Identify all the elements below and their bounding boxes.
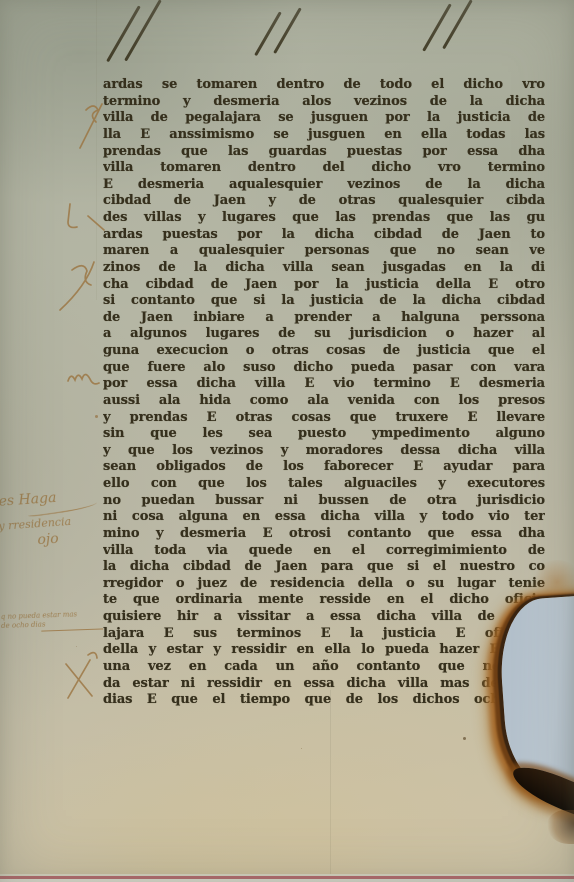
margin-note-residencia: es Haga y rresidencia ojo bbox=[0, 486, 112, 551]
burn-damage bbox=[495, 582, 574, 850]
manuscript-line: de Jaen inbiare a prender a halguna pers… bbox=[103, 310, 545, 327]
squiggle-mark bbox=[64, 364, 104, 392]
manuscript-line: mino y desmeria E otrosi contanto que es… bbox=[103, 526, 545, 543]
ink-specks bbox=[95, 415, 98, 418]
manuscript-line: zinos de la dicha villa sean jusgadas en… bbox=[103, 260, 545, 277]
manuscript-line: E desmeria aqualesquier vezinos de la di… bbox=[103, 177, 545, 194]
manuscript-line: aussi ala hida como ala venida con los p… bbox=[103, 393, 545, 410]
margin-note-line: ojo bbox=[37, 527, 112, 548]
manuscript-line: ello con que los tales alguaciles y exec… bbox=[103, 476, 545, 493]
flourish-mark bbox=[52, 256, 106, 316]
manuscript-line: quisiere hir a vissitar a essa dicha vil… bbox=[103, 609, 545, 626]
manuscript-line: termino y desmeria alos vezinos de la di… bbox=[103, 94, 545, 111]
manuscript-line: si contanto que si la justicia de la dic… bbox=[103, 293, 545, 310]
flourish-underline bbox=[41, 628, 103, 633]
manuscript-line: sean obligados de los faborecer E ayudar… bbox=[103, 459, 545, 476]
manuscript-line: y prendas E otras cosas que truxere E ll… bbox=[103, 410, 545, 427]
pen-stroke-mark bbox=[106, 5, 140, 62]
fold-crease bbox=[330, 690, 331, 876]
manuscript-line: lajara E sus terminos E la justicia E of… bbox=[103, 626, 545, 643]
scorch-smudge bbox=[547, 810, 574, 844]
manuscript-line: prendas que las guardas puestas por essa… bbox=[103, 144, 545, 161]
manuscript-line: te que ordinaria mente resside en el dic… bbox=[103, 592, 545, 609]
l-shaped-mark bbox=[60, 198, 108, 240]
manuscript-line: no puedan bussar ni bussen de otra juris… bbox=[103, 493, 545, 510]
manuscript-line: la dicha cibdad de Jaen para que si el n… bbox=[103, 559, 545, 576]
photo-edge-strip bbox=[0, 874, 574, 882]
manuscript-line: della y estar y ressidir en ella lo pued… bbox=[103, 642, 545, 659]
manuscript-line: una vez en cada un año contanto que no p… bbox=[103, 659, 545, 676]
pen-stroke-mark bbox=[124, 0, 161, 61]
manuscript-line: ardas se tomaren dentro de todo el dicho… bbox=[103, 77, 545, 94]
manuscript-line: ni cosa alguna en essa dicha villa y tod… bbox=[103, 509, 545, 526]
manuscript-line: guna execucion o otras cosas de justicia… bbox=[103, 343, 545, 360]
manuscript-line: villa tomaren dentro del dicho vro termi… bbox=[103, 160, 545, 177]
crossed-slash-mark bbox=[70, 100, 112, 154]
manuscript-line: cibdad de Jaen y de otras qualesquier ci… bbox=[103, 193, 545, 210]
manuscript-line: cha cibdad de Jaen por la justicia della… bbox=[103, 277, 545, 294]
manuscript-line: lla E anssimismo se jusguen en ella toda… bbox=[103, 127, 545, 144]
manuscript-line: ardas puestas por la dicha cibdad de Jae… bbox=[103, 227, 545, 244]
manuscript-line: que fuere alo suso dicho pueda pasar con… bbox=[103, 360, 545, 377]
manuscript-line: villa toda via quede en el corregimimien… bbox=[103, 543, 545, 560]
manuscript-line: dias E que el tiempo que de los dichos o… bbox=[103, 692, 545, 709]
manuscript-line: maren a qualesquier personas que no sean… bbox=[103, 243, 545, 260]
burn-hole bbox=[496, 595, 574, 793]
photo-edge-light-band bbox=[0, 879, 574, 882]
manuscript-line: sin que les sea puesto ympedimento algun… bbox=[103, 426, 545, 443]
manuscript-line: a algunos lugares de su jurisdicion o ha… bbox=[103, 326, 545, 343]
manuscript-line: da estar ni ressidir en essa dicha villa… bbox=[103, 676, 545, 693]
manuscript-line: villa de pegalajara se jusguen por la ju… bbox=[103, 110, 545, 127]
manuscript-line: y que los vezinos y moradores dessa dich… bbox=[103, 443, 545, 460]
margin-note-ocho-dias: q no pueda estar mas de ocho dias bbox=[1, 609, 117, 635]
text-block: ardas se tomaren dentro de todo el dicho… bbox=[103, 77, 545, 709]
x-mark bbox=[56, 650, 102, 704]
manuscript-page-photo: ardas se tomaren dentro de todo el dicho… bbox=[0, 0, 574, 882]
manuscript-line: por essa dicha villa E vio termino E des… bbox=[103, 376, 545, 393]
manuscript-line: des villas y lugares que las prendas que… bbox=[103, 210, 545, 227]
manuscript-line: rregidor o juez de residencia della o su… bbox=[103, 576, 545, 593]
